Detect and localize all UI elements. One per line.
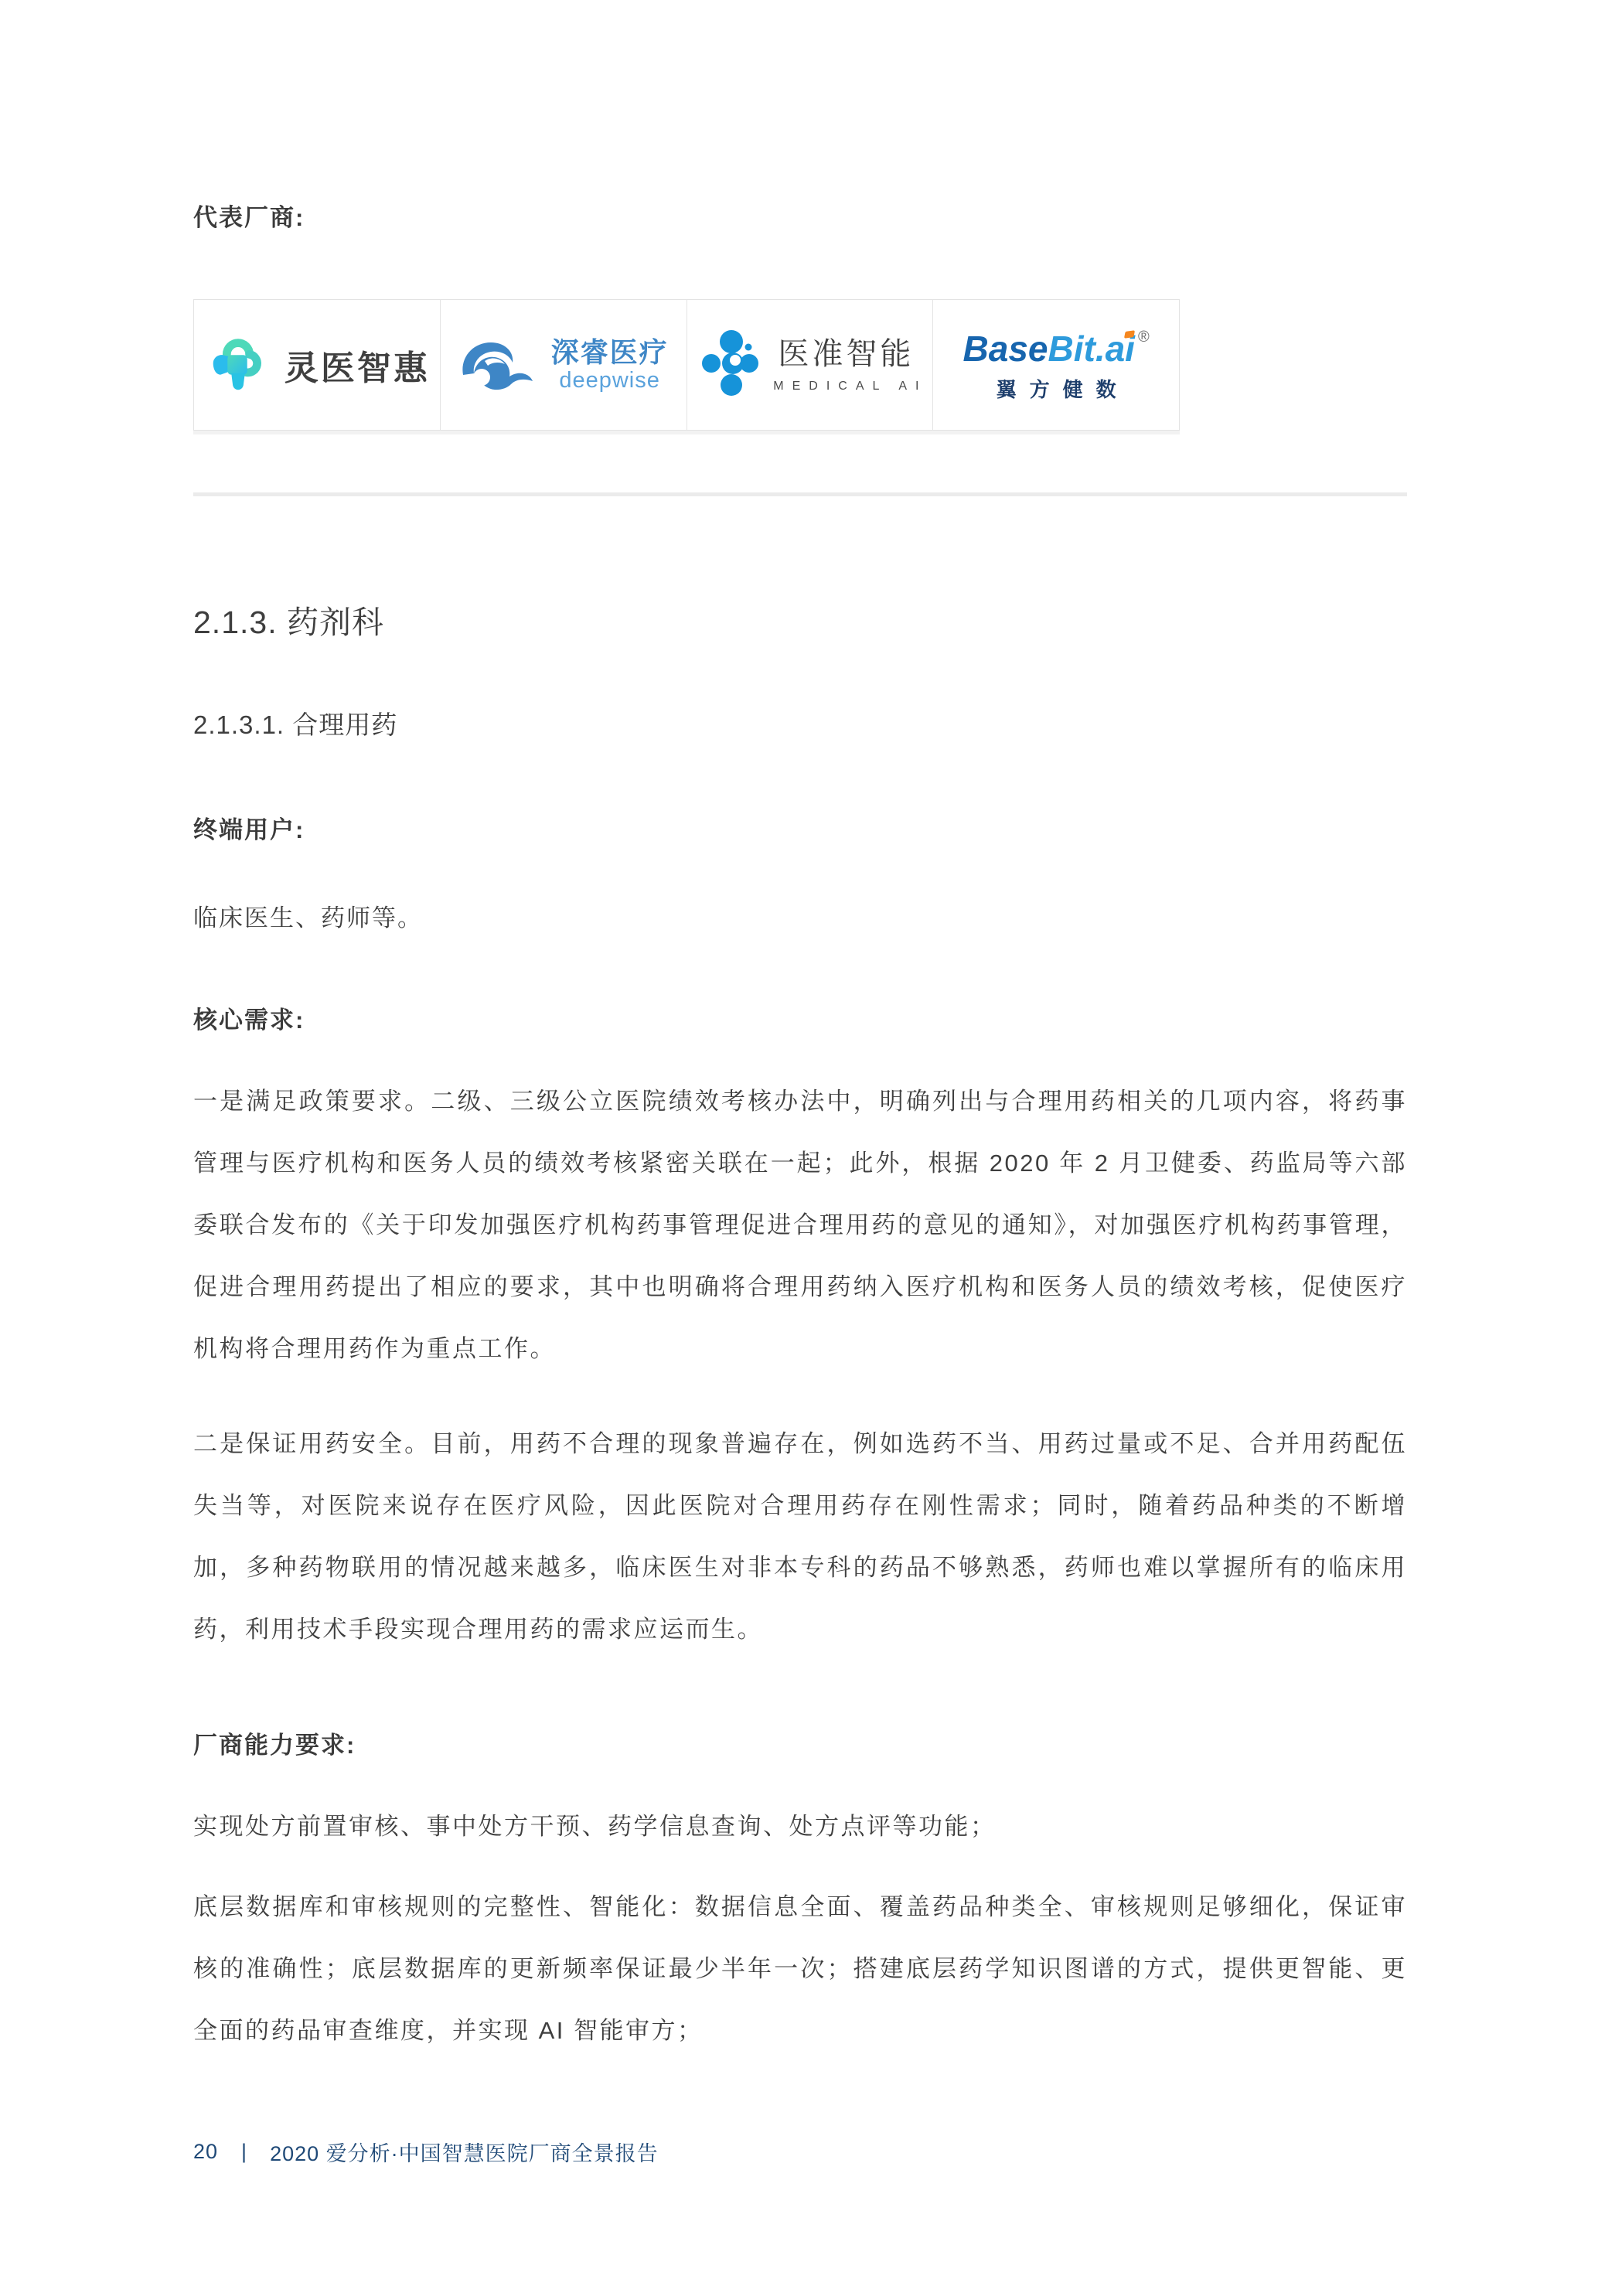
vendor-requirements-paragraph-1: 实现处方前置审核、事中处方干预、药学信息查询、处方点评等功能； <box>193 1796 1407 1858</box>
wave-icon <box>458 335 539 396</box>
basebit-wordmark-base: Base <box>963 329 1048 369</box>
molecule-icon <box>700 328 761 403</box>
section-divider <box>193 492 1407 496</box>
section-heading: 2.1.3. 药剂科 <box>193 597 384 642</box>
vendor-requirements-paragraph-2: 底层数据库和审核规则的完整性、智能化：数据信息全面、覆盖药品种类全、审核规则足够… <box>193 1876 1407 2062</box>
end-users-label: 终端用户: <box>193 810 305 845</box>
deepwise-logo-text-cn: 深睿医疗 <box>551 336 669 368</box>
page-footer: 20 | 2020 爱分析·中国智慧医院厂商全景报告 <box>193 2137 659 2167</box>
core-needs-paragraph-2: 二是保证用药安全。目前，用药不合理的现象普遍存在，例如选药不当、用药过量或不足、… <box>193 1413 1407 1661</box>
subsection-heading: 2.1.3.1. 合理用药 <box>193 705 397 741</box>
cross-heart-icon <box>204 329 272 401</box>
vendor-logo-lingyi: 灵医智惠 <box>194 300 441 430</box>
lingyi-logo-text: 灵医智惠 <box>285 340 430 390</box>
vendor-logo-strip: 灵医智惠 深睿医疗 deepwise <box>193 299 1180 431</box>
deepwise-logo-text-en: deepwise <box>559 368 660 393</box>
footer-report-title: 2020 爱分析·中国智慧医院厂商全景报告 <box>270 2137 659 2167</box>
basebit-wordmark: BaseBit.ai® <box>963 329 1150 370</box>
basebit-wordmark-bitai: Bit.ai <box>1048 329 1135 370</box>
core-needs-paragraph-1: 一是满足政策要求。二级、三级公立医院绩效考核办法中，明确列出与合理用药相关的几项… <box>193 1071 1407 1380</box>
registered-mark-icon: ® <box>1138 329 1150 346</box>
vendor-logo-basebit: BaseBit.ai® 翼方健数 <box>933 300 1179 430</box>
representative-vendors-label: 代表厂商: <box>193 198 305 233</box>
yizhun-logo-text-en: MEDICAL AI <box>773 380 927 393</box>
basebit-logo-text-cn: 翼方健数 <box>997 379 1130 402</box>
footer-separator: | <box>241 2140 247 2164</box>
vendor-logo-deepwise: 深睿医疗 deepwise <box>441 300 687 430</box>
vendor-requirements-label: 厂商能力要求: <box>193 1725 356 1760</box>
report-page: { "page": { "rep_vendors_label": "代表厂商:"… <box>0 0 1598 2296</box>
page-number: 20 <box>193 2140 218 2164</box>
yizhun-logo-text-cn: 医准智能 <box>778 336 914 372</box>
end-users-text: 临床医生、药师等。 <box>193 898 423 933</box>
vendor-logo-yizhun: 医准智能 MEDICAL AI <box>687 300 934 430</box>
core-needs-label: 核心需求: <box>193 1000 305 1035</box>
